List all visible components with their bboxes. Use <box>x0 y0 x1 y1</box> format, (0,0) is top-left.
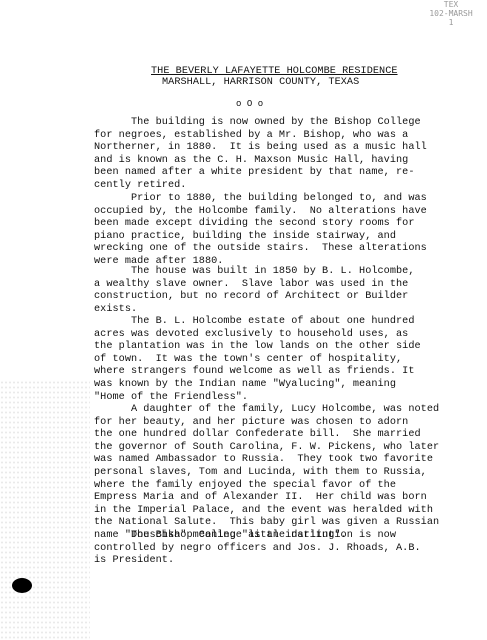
paragraph-alterations: Prior to 1880, the building belonged to,… <box>94 193 474 269</box>
section-separator: o O o <box>236 99 263 109</box>
archive-stamp: TEX 102-MARSH 1 <box>418 0 484 27</box>
hole-punch-mark <box>12 578 32 593</box>
scan-noise <box>0 380 90 640</box>
stamp-line-1: TEX <box>418 0 484 9</box>
paragraph-lucy-holcombe: A daughter of the family, Lucy Holcombe,… <box>94 404 474 543</box>
document-title: THE BEVERLY LAFAYETTE HOLCOMBE RESIDENCE <box>151 66 398 77</box>
paragraph-estate: The B. L. Holcombe estate of about one h… <box>94 316 474 404</box>
paragraph-ownership: The building is now owned by the Bishop … <box>94 117 474 193</box>
stamp-line-2: 102-MARSH <box>418 9 484 18</box>
stamp-line-3: 1 <box>418 18 484 27</box>
document-page: TEX 102-MARSH 1 THE BEVERLY LAFAYETTE HO… <box>0 0 487 640</box>
document-subtitle: MARSHALL, HARRISON COUNTY, TEXAS <box>162 77 359 88</box>
paragraph-construction: The house was built in 1850 by B. L. Hol… <box>94 266 474 316</box>
paragraph-bishop-college: The Bishop College as an institution is … <box>94 530 474 568</box>
